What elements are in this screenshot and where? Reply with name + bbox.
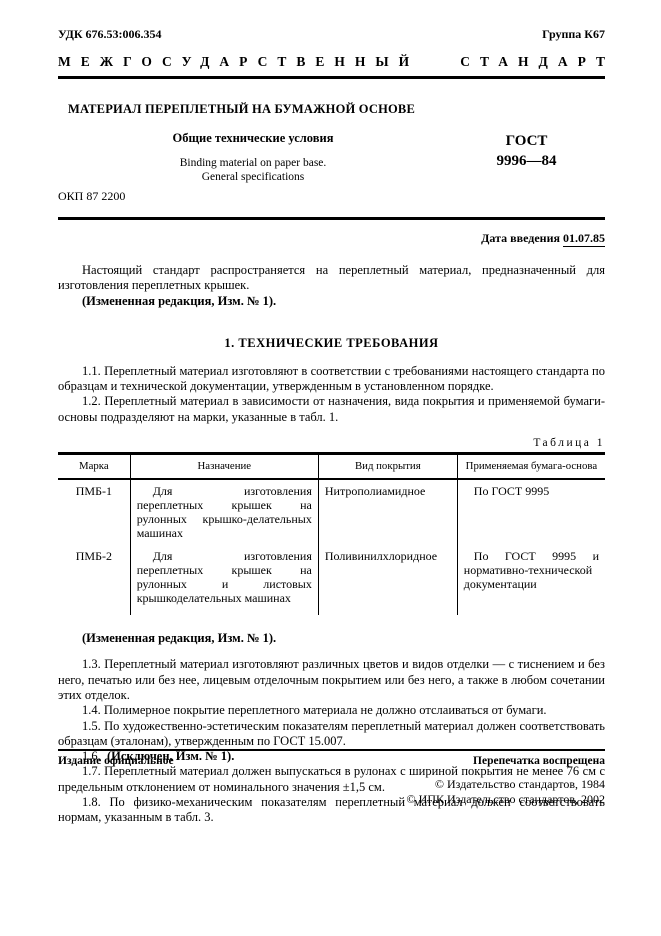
gost-designation: ГОСТ 9996—84 [448, 131, 605, 184]
title-left-column: Общие технические условия Binding materi… [58, 131, 448, 184]
table-1-row-1-paper: По ГОСТ 9995 [457, 479, 605, 545]
copyright-line-2002: © ИПК Издательство стандартов, 2002 [58, 792, 605, 807]
table-1-header-mark: Марка [58, 454, 130, 480]
title-designation-row: Общие технические условия Binding materi… [58, 131, 605, 184]
footer-notes-row: Издание официальное Перепечатка воспреще… [58, 755, 605, 767]
classification-row: УДК 676.53:006.354 Группа К67 [58, 27, 605, 42]
date-label: Дата введения [481, 231, 560, 245]
group-code: Группа К67 [542, 27, 605, 42]
clause-1-5: 1.5. По художественно-эстетическим показ… [58, 719, 605, 750]
page-footer: Издание официальное Перепечатка воспреще… [58, 749, 605, 806]
standard-kind-word-1: МЕЖГОСУДАРСТВЕННЫЙ [58, 54, 419, 70]
official-edition-note: Издание официальное [58, 755, 174, 767]
table-1-label: Таблица 1 [58, 437, 605, 449]
standard-kind-word-2: СТАНДАРТ [460, 54, 615, 70]
table-1-row-2-paper: По ГОСТ 9995 и нормативно-технической до… [457, 545, 605, 615]
table-1: Марка Назначение Вид покрытия Применяема… [58, 452, 605, 615]
table-1-row-1-purpose: Для изготовления переплетных крышек на р… [130, 479, 318, 545]
table-1-header-paper: Применяемая бумага-основа [457, 454, 605, 480]
table-1-header-row: Марка Назначение Вид покрытия Применяема… [58, 454, 605, 480]
table-1-row-2-coating: Поливинилхлоридное [318, 545, 457, 615]
standard-kind-banner: МЕЖГОСУДАРСТВЕННЫЙ СТАНДАРТ [58, 54, 605, 79]
table-1-row-1-mark: ПМБ-1 [58, 479, 130, 545]
table-1-header-coating: Вид покрытия [318, 454, 457, 480]
copyright-line-1984: © Издательство стандартов, 1984 [58, 777, 605, 792]
document-title: МАТЕРИАЛ ПЕРЕПЛЕТНЫЙ НА БУМАЖНОЙ ОСНОВЕ [58, 102, 605, 117]
table-row: ПМБ-1 Для изготовления переплетных крыше… [58, 479, 605, 545]
clause-1-2: 1.2. Переплетный материал в зависимости … [58, 394, 605, 425]
gost-document-page: УДК 676.53:006.354 Группа К67 МЕЖГОСУДАР… [0, 0, 661, 936]
gost-designation-prefix: ГОСТ [448, 131, 605, 151]
table-1-row-1-coating: Нитрополиамидное [318, 479, 457, 545]
reprint-prohibited-note: Перепечатка воспрещена [473, 755, 605, 767]
english-title-line-1: Binding material on paper base. [58, 156, 448, 170]
date-of-introduction: Дата введения 01.07.85 [58, 231, 605, 246]
section-1-heading: 1. ТЕХНИЧЕСКИЕ ТРЕБОВАНИЯ [58, 336, 605, 351]
table-1-header-purpose: Назначение [130, 454, 318, 480]
english-title: Binding material on paper base. General … [58, 156, 448, 184]
gost-designation-number: 9996—84 [448, 151, 605, 171]
clause-1-1: 1.1. Переплетный материал изготовляют в … [58, 364, 605, 395]
english-title-line-2: General specifications [58, 170, 448, 184]
amendment-note-1: (Измененная редакция, Изм. № 1). [58, 294, 605, 309]
table-1-row-2-mark: ПМБ-2 [58, 545, 130, 615]
document-subtitle: Общие технические условия [58, 131, 448, 146]
title-separator-rule [58, 217, 605, 220]
table-1-row-2-purpose: Для изготовления переплетных крышек на р… [130, 545, 318, 615]
okp-code: ОКП 87 2200 [58, 189, 605, 204]
clause-1-4: 1.4. Полимерное покрытие переплетного ма… [58, 703, 605, 718]
table-row: ПМБ-2 Для изготовления переплетных крыше… [58, 545, 605, 615]
scope-paragraph: Настоящий стандарт распространяется на п… [58, 263, 605, 294]
date-value: 01.07.85 [563, 231, 605, 247]
udk-number: УДК 676.53:006.354 [58, 27, 162, 42]
clause-1-3: 1.3. Переплетный материал изготовляют ра… [58, 657, 605, 703]
amendment-note-2: (Измененная редакция, Изм. № 1). [58, 631, 605, 646]
copyright-block: © Издательство стандартов, 1984 © ИПК Из… [58, 777, 605, 806]
